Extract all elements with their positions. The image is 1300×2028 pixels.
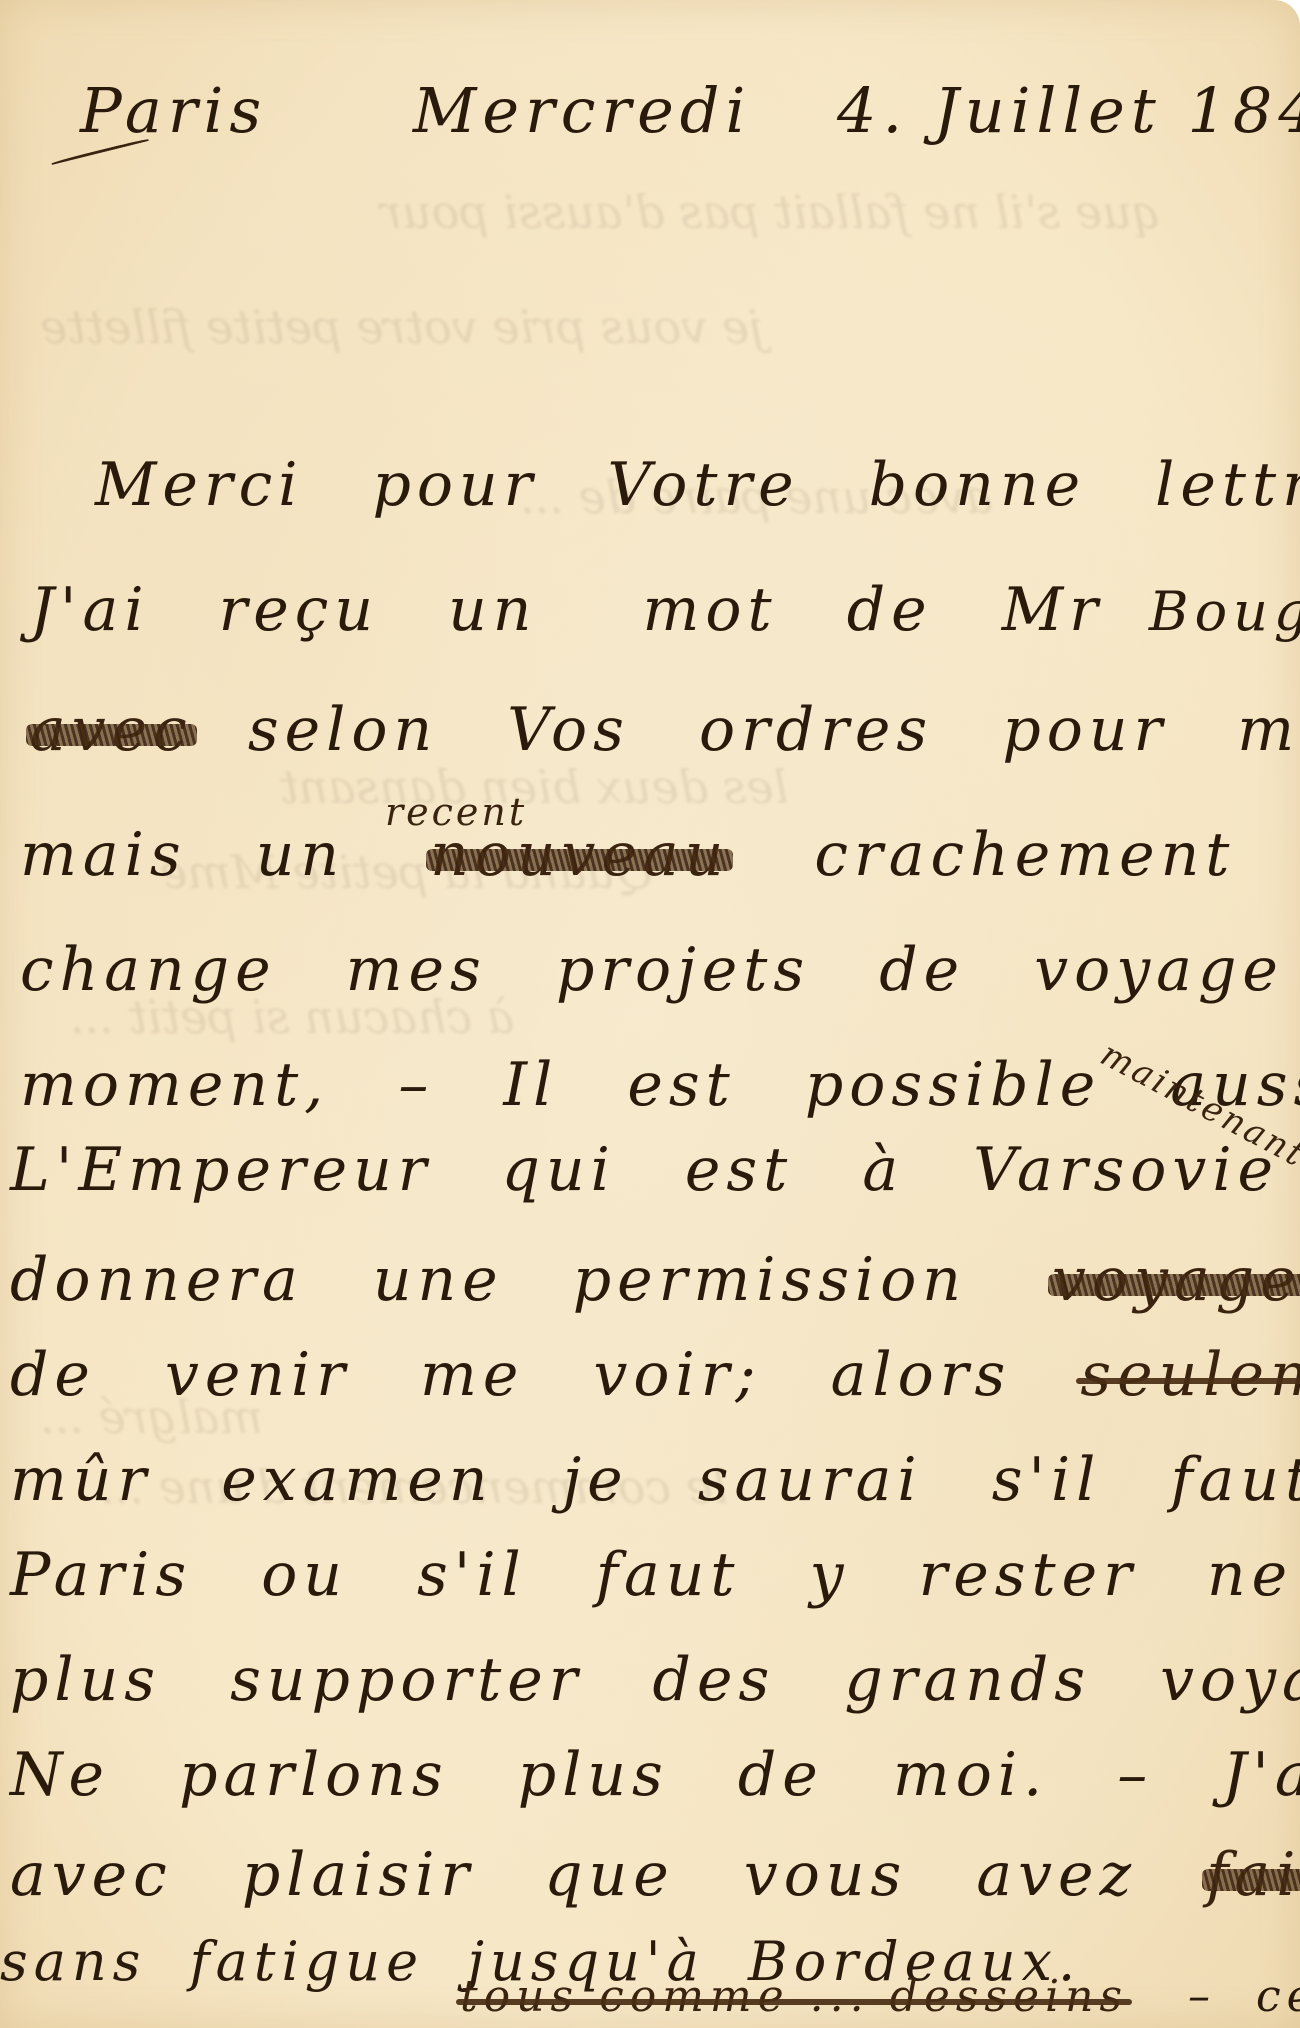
letter-line: Paris ou s'il faut y rester ne pouvant [10, 1545, 1300, 1605]
word: saurai [698, 1450, 923, 1510]
word: avec [10, 1845, 173, 1905]
word: est [685, 1140, 793, 1200]
word: avez [976, 1845, 1137, 1905]
letter-line: L'Empereur qui est à Varsovie alors [10, 1140, 1300, 1200]
word: projets [556, 940, 810, 1000]
word: s'il [417, 1545, 527, 1605]
word: voyage [1034, 940, 1284, 1000]
letter-line: avec plaisir que vous avez faites été [10, 1845, 1300, 1905]
word: pour [1002, 700, 1168, 760]
struck-word: avec [30, 700, 193, 760]
word: fatigue [190, 1935, 424, 1989]
word: sans [0, 1935, 146, 1989]
struck-word: voyage [1052, 1250, 1300, 1310]
word: Il [503, 1055, 558, 1115]
word: rester [919, 1545, 1138, 1605]
word: mûr [10, 1450, 152, 1510]
word: faut [1170, 1450, 1300, 1510]
word: permission [573, 1250, 967, 1310]
letter-line: change mes projets de voyage pour le [20, 940, 1300, 1000]
word: Merci [95, 455, 303, 515]
header-day: Mercredi [413, 80, 751, 142]
word: alors [831, 1345, 1012, 1405]
word: examen [221, 1450, 493, 1510]
word: plus [10, 1650, 161, 1710]
word: donnera [10, 1250, 304, 1310]
word: de [738, 1745, 824, 1805]
word: des [653, 1650, 776, 1710]
letter-line: de venir me voir; alors seulement après [10, 1345, 1300, 1405]
word: Ne [10, 1745, 110, 1805]
word: venir [165, 1345, 351, 1405]
word: plaisir [242, 1845, 475, 1905]
word: de [879, 940, 965, 1000]
letter-line: J'ai reçu un mot de Mr Bougemont [30, 580, 1300, 640]
word: y [810, 1545, 850, 1605]
word: change [20, 940, 277, 1000]
word: ordres [699, 700, 933, 760]
word: ne [1207, 1545, 1293, 1605]
word: L'Empereur [10, 1140, 432, 1200]
bleed-through-text: les deux bien dansant [280, 760, 788, 814]
word: moment, [20, 1055, 329, 1115]
word: pour [373, 455, 539, 515]
word: me [420, 1345, 524, 1405]
word: Votre [607, 455, 799, 515]
word: – [1117, 1745, 1153, 1805]
header-date: 4. Juillet 1849. [837, 80, 1300, 142]
letter-line: Ne parlons plus de moi. – J'ai vu [10, 1745, 1300, 1805]
letter-line: Merci pour Votre bonne lettre. [95, 455, 1300, 515]
word: plus [518, 1745, 669, 1805]
word: une [373, 1250, 504, 1310]
word: – [398, 1055, 434, 1115]
word: voyages [1160, 1650, 1300, 1710]
word: Bougemont [1149, 585, 1300, 639]
word: bonne [869, 455, 1086, 515]
word: J'ai [30, 580, 150, 640]
struck-word: faites [1206, 1845, 1300, 1905]
word: supporter [230, 1650, 583, 1710]
letter-line: donnera une permission voyage à ma sœur [10, 1250, 1300, 1310]
word: ou [261, 1545, 348, 1605]
word: grands [844, 1650, 1091, 1710]
letter-line: avec selon Vos ordres pour ma voiture, [30, 700, 1300, 760]
letter-line: plus supporter des grands voyages — [10, 1650, 1300, 1710]
struck-word: tous comme ... desseins [460, 1975, 1128, 2019]
word: voir; [593, 1345, 761, 1405]
letter-page: que s'il ne fallait pas d'aussi pour je … [0, 0, 1300, 2028]
bleed-through-text: que s'il ne fallait pas d'aussi pour [380, 185, 1161, 239]
word: reçu [219, 580, 379, 640]
word: à [862, 1140, 904, 1200]
word: mes [346, 940, 487, 1000]
word: cela [1256, 1975, 1300, 2019]
word: – [1188, 1975, 1216, 2019]
word: un [448, 580, 537, 640]
word: un [256, 825, 345, 885]
word: de [10, 1345, 96, 1405]
word: mot [642, 580, 777, 640]
word: J'ai [1222, 1745, 1300, 1805]
word: faut [596, 1545, 741, 1605]
word: Paris [10, 1545, 192, 1605]
word: crachement [814, 825, 1235, 885]
struck-word: seulement [1080, 1345, 1300, 1405]
header-place: Paris [80, 80, 267, 142]
word: est [627, 1055, 735, 1115]
word: moi. [893, 1745, 1048, 1805]
word: ma [1237, 700, 1300, 760]
word: lettre. [1155, 455, 1300, 515]
word: possible [805, 1055, 1101, 1115]
word: de [847, 580, 933, 640]
word: qui [502, 1140, 616, 1200]
word: mais [20, 825, 187, 885]
word: selon [248, 700, 438, 760]
letter-line: mais un nouveau crachement de sang [20, 825, 1300, 885]
struck-word: nouveau [430, 825, 729, 885]
word: je [563, 1450, 629, 1510]
word: Mr [1002, 580, 1104, 640]
word: vous [744, 1845, 907, 1905]
word: parlons [179, 1745, 449, 1805]
letter-header: Paris Mercredi 4. Juillet 1849. [80, 80, 1300, 142]
word: que [544, 1845, 675, 1905]
word: Varsovie [973, 1140, 1279, 1200]
word: Vos [507, 700, 630, 760]
letter-line-continuation: tous comme ... desseins – cela [460, 1975, 1300, 2019]
bleed-through-text: je vous prie votre petite fillette [40, 300, 763, 354]
word: s'il [992, 1450, 1102, 1510]
letter-line: mûr examen je saurai s'il faut quitter [10, 1450, 1300, 1510]
